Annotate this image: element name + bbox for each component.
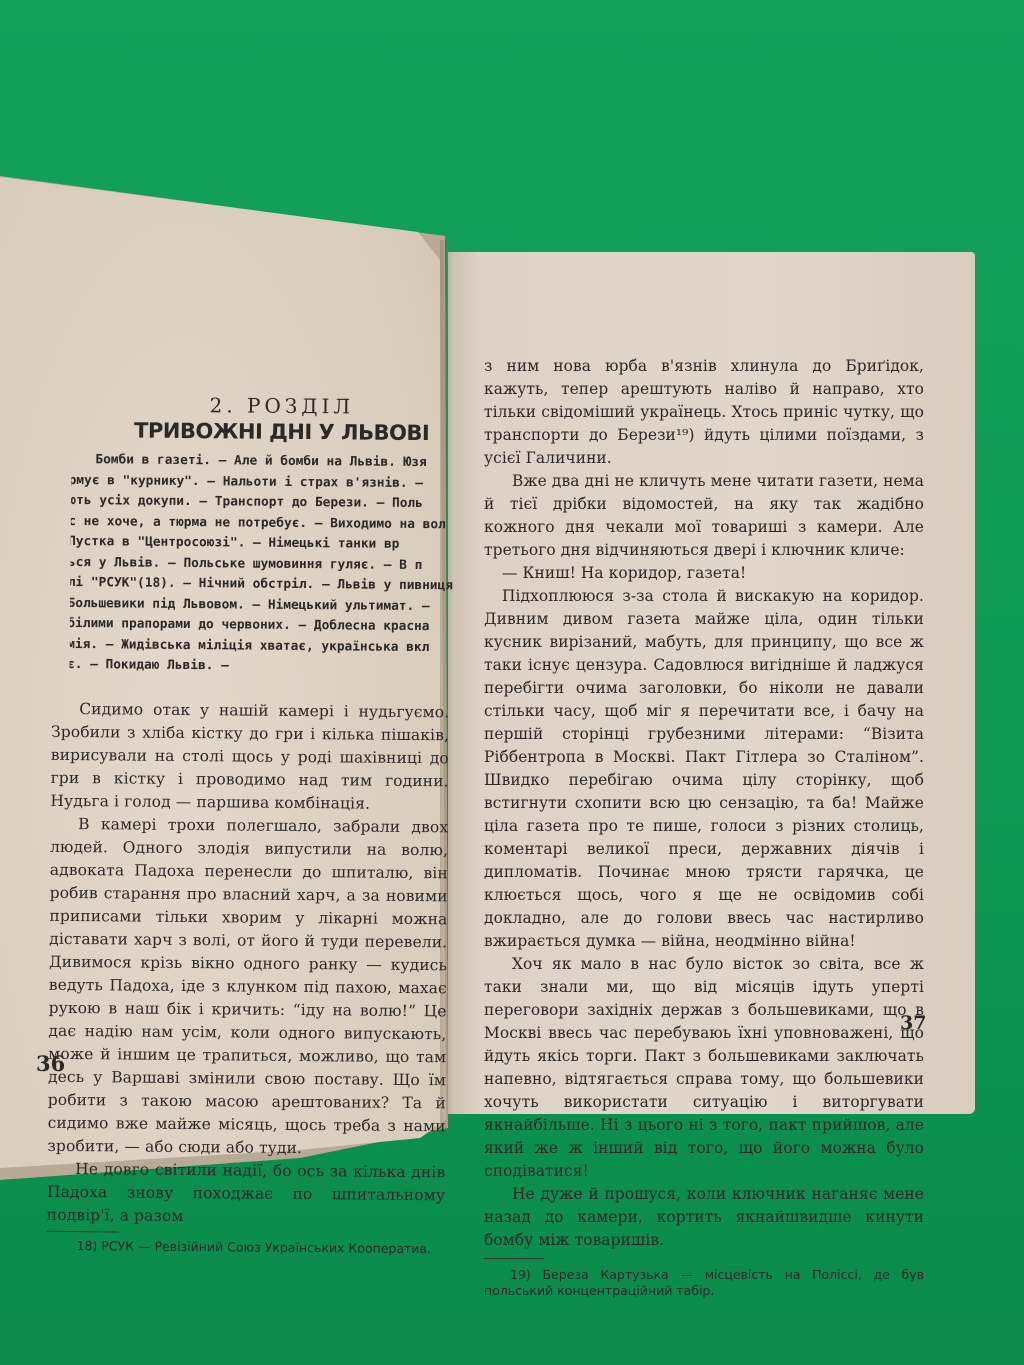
paragraph: Підхоплююся з-за стола й вискакую на кор… [484,585,924,953]
summary-line: Бомби в газеті. — Але й бомби на Львів. … [71,450,461,474]
summary-line: — Пустка в "Центросоюзі". — Німецькі тан… [70,532,461,556]
paragraph: Вже два дні не кличуть мене читати газет… [484,470,924,562]
paragraph: з ним нова юрба в'язнів хлинула до Бриґі… [484,355,924,470]
summary-line: ляє. — Покидаю Львів. — [70,655,460,679]
summary-line: няють усіх докупи. — Транспорт до Берези… [70,491,462,515]
summary-line: З білими прапорами до червоних. — Доблес… [70,614,461,638]
page-number-left: 36 [36,1051,65,1076]
paragraph: Хоч як мало в нас було вісток зо світа, … [484,953,924,1183]
paragraph: В камері трохи полегшало, забрали двох л… [47,812,448,1160]
page-number-right: 37 [900,1012,926,1034]
dialogue-line: — Книш! На коридор, газета! [484,562,924,585]
chapter-summary: Бомби в газеті. — Але й бомби на Львів. … [70,450,462,679]
paragraph: Не дуже й прошуся, коли ключник наганяє … [484,1183,924,1252]
footnote-19: 19) Береза Картузька — місцевість на Пол… [484,1267,924,1299]
summary-line: валі "РСУК"(18). — Нічний обстріл. — Льв… [70,573,461,597]
paragraph: Не довго світили надії, бо ось за кілька… [47,1157,446,1229]
chapter-title: ТРИВОЖНІ ДНІ У ЛЬВОВІ [112,418,452,445]
left-page-content: 2. РОЗДІЛ ТРИВОЖНІ ДНІ У ЛЬВОВІ Бомби в … [64,392,451,1256]
left-page-body: Сидимо отак у нашій камері і нудьгуємо. … [47,697,450,1229]
paragraph: Сидимо отак у нашій камері і нудьгуємо. … [50,697,449,815]
footnote-18: 18) РСУК — Ревізійний Союз Українських К… [76,1238,444,1256]
chapter-number: 2. РОЗДІЛ [112,392,452,419]
right-page-content: з ним нова юрба в'язнів хлинула до Бриґі… [484,355,924,1299]
footnote-divider [484,1258,544,1259]
